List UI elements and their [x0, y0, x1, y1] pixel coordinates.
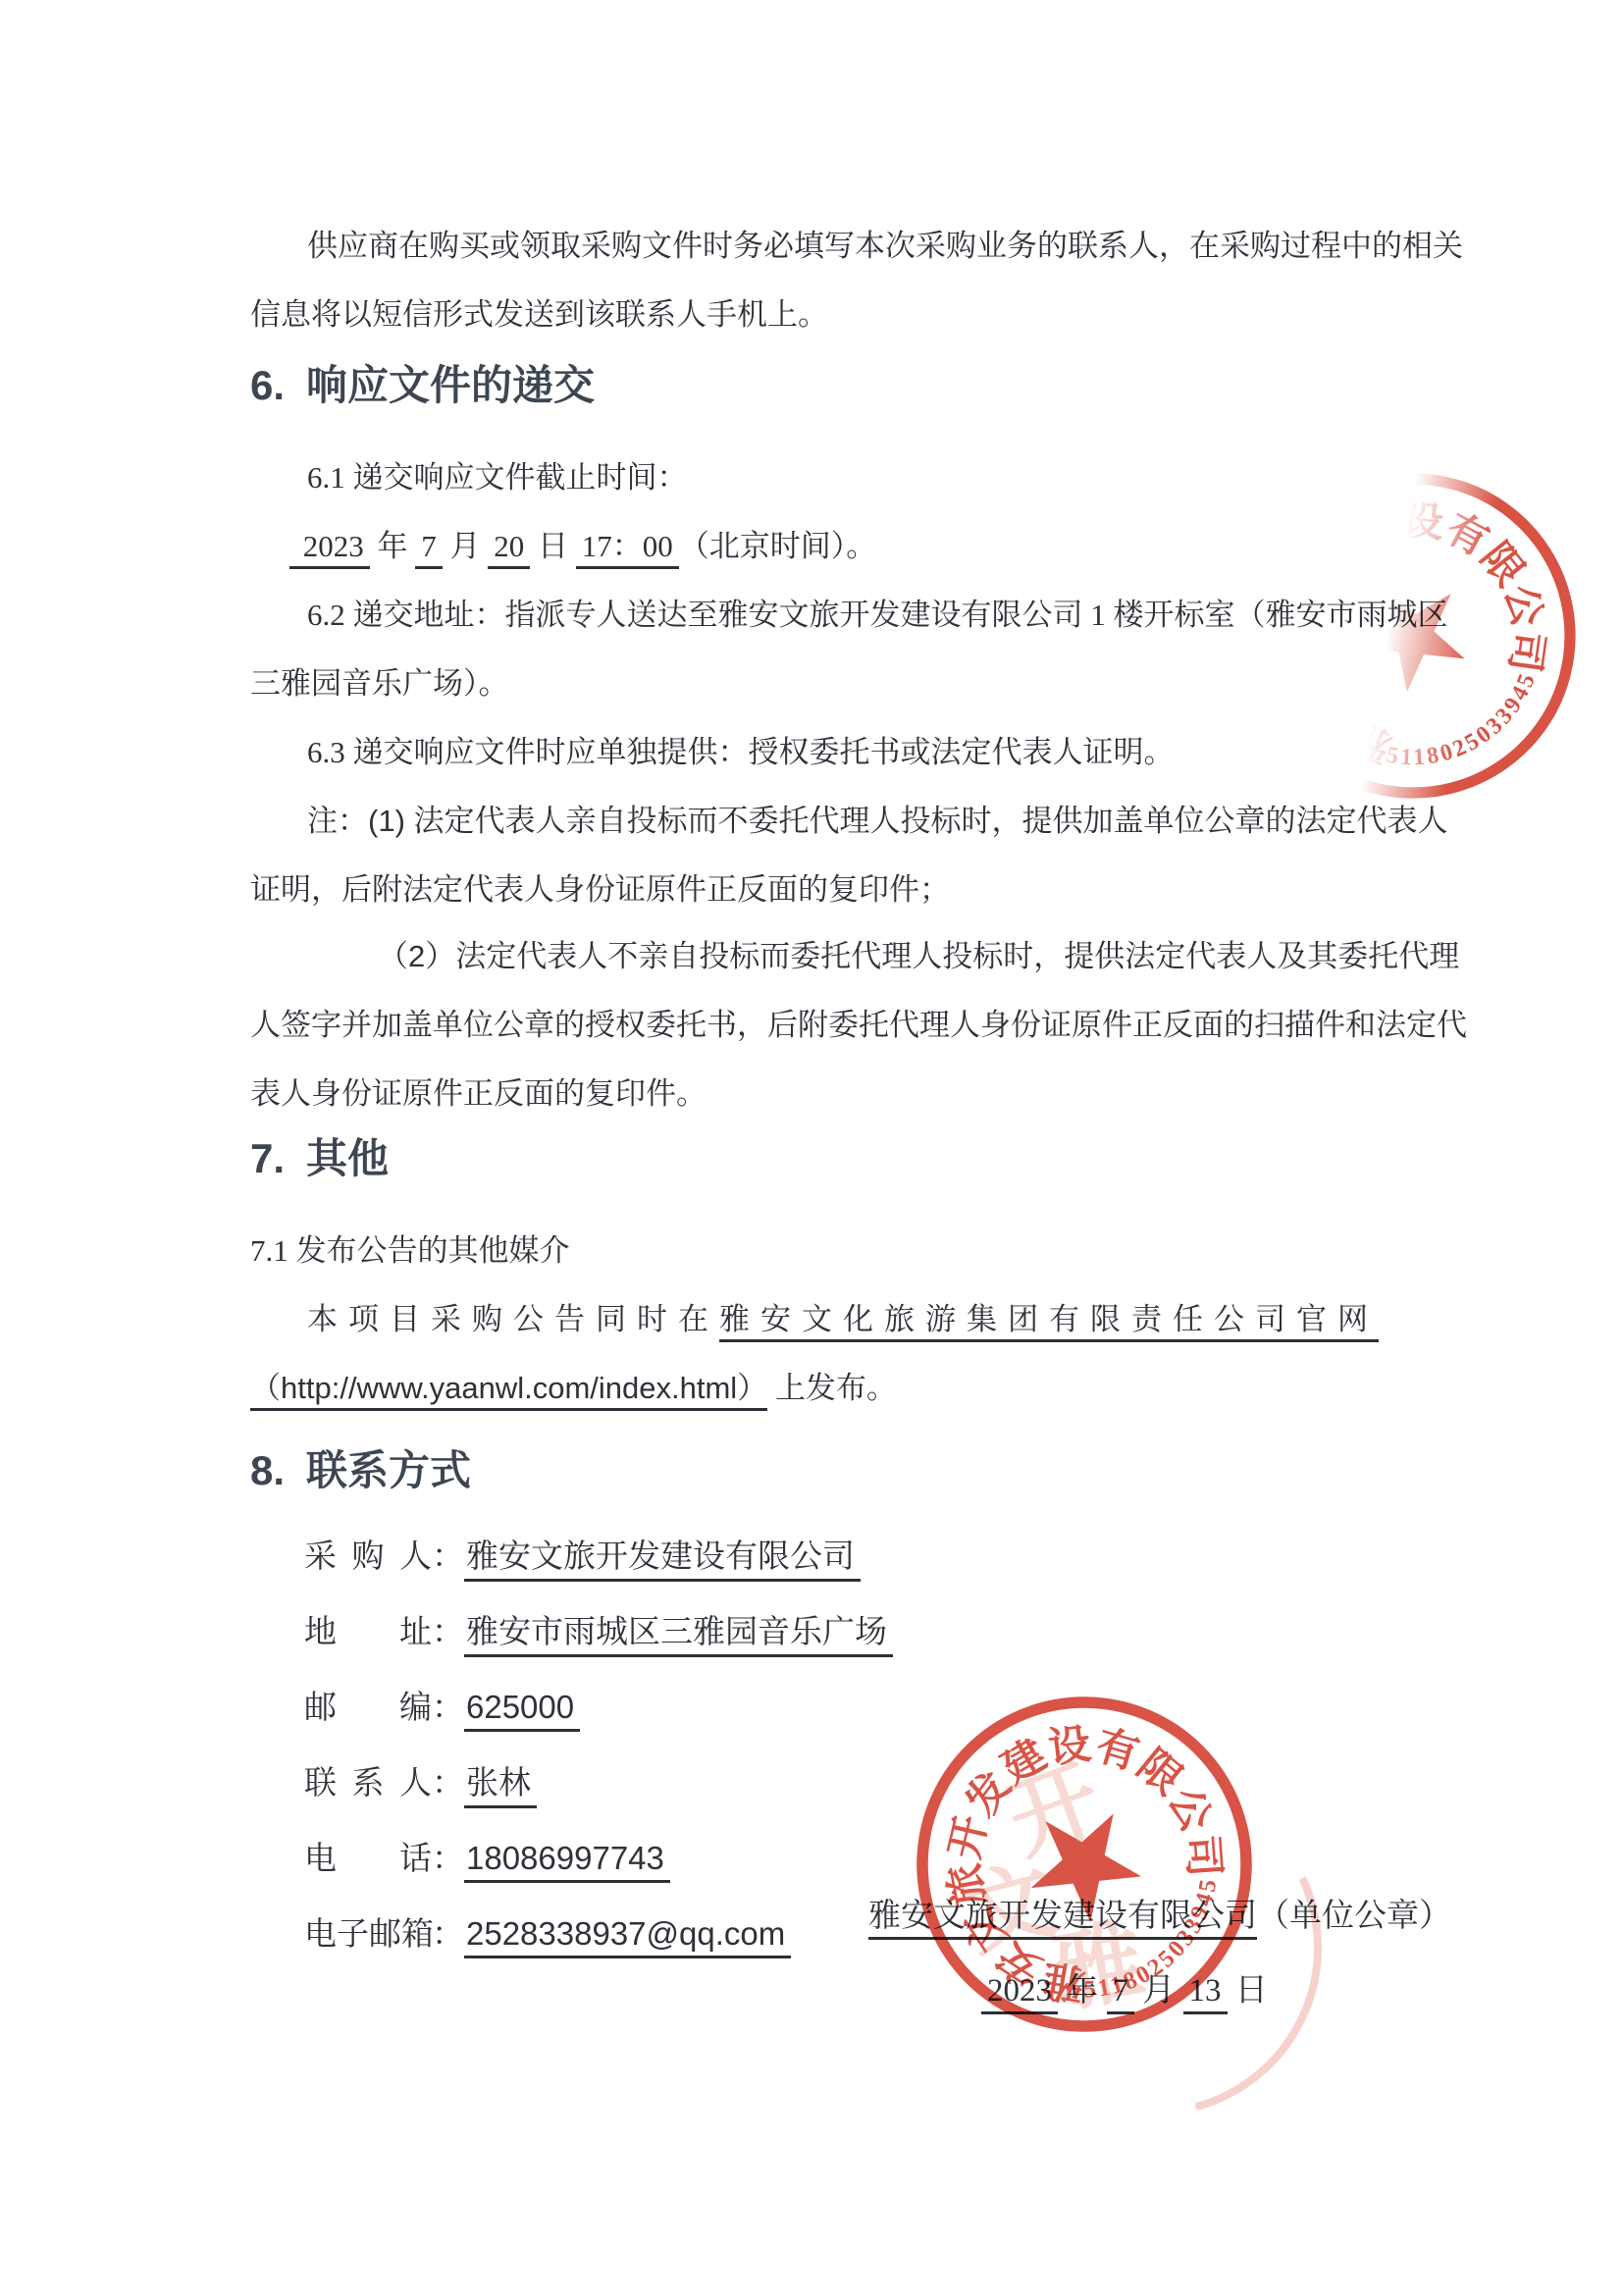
- section8-title: 联系方式: [306, 1447, 471, 1493]
- company-seal-partial-top-right: 雅安文旅开发建设有限公司5118025033945: [1227, 449, 1599, 822]
- deadline-month: 7: [415, 529, 443, 569]
- note2-line2: 人签字并加盖单位公章的授权委托书，后附委托代理人身份证原件正反面的扫描件和法定代: [250, 1007, 1467, 1043]
- svg-text:司: 司: [1501, 628, 1551, 675]
- contact-row-purchaser: 采购人：雅安文旅开发建设有限公司: [304, 1531, 861, 1577]
- deadline-time: 17：00: [576, 529, 679, 569]
- colon: ：: [432, 1766, 464, 1801]
- section7-heading: 7.其他: [250, 1126, 389, 1185]
- svg-text:文: 文: [1278, 651, 1335, 705]
- svg-text:开: 开: [996, 1748, 1114, 1872]
- document-page: { "document": { "intro": { "line1": "供应商…: [0, 0, 1623, 2296]
- phone-value[interactable]: 18086997743: [464, 1840, 670, 1883]
- section6-heading: 6.响应文件的递交: [250, 353, 595, 412]
- signature-date-day-unit: 日: [1228, 1973, 1268, 2009]
- section7-body-line2: （http://www.yaanwl.com/index.html） 上发布。: [250, 1370, 897, 1406]
- section8-number: 8.: [250, 1447, 285, 1493]
- colon: ：: [432, 1917, 464, 1953]
- section7-body-prefix: 本项目采购公告同时在: [307, 1302, 719, 1336]
- contact-row-zipcode: 邮编：625000: [304, 1682, 580, 1728]
- official-site-name: 雅安文化旅游集团有限责任公司官网: [719, 1302, 1379, 1342]
- contact-person-value: 张林: [464, 1766, 537, 1808]
- email-label: 电子邮箱: [304, 1908, 432, 1955]
- address-value: 雅安市雨城区三雅园音乐广场: [464, 1615, 893, 1657]
- signature-company: 雅安文旅开发建设有限公司: [868, 1899, 1257, 1940]
- colon: ：: [432, 1615, 464, 1650]
- svg-text:5118025033945: 5118025033945: [1375, 660, 1559, 798]
- company-seal-bottom: 雅安文旅开发建设有限公司5118025033945开文雅: [839, 1619, 1330, 2110]
- signature-date-month: 7: [1107, 1973, 1135, 2014]
- signature-date-year: 2023: [981, 1973, 1058, 2014]
- svg-text:建: 建: [1350, 499, 1403, 555]
- email-value[interactable]: 2528338937@qq.com: [464, 1915, 791, 1958]
- zipcode-value: 625000: [464, 1689, 580, 1732]
- contact-row-contact-person: 联系人：张林: [304, 1757, 537, 1803]
- colon: ：: [432, 1691, 464, 1726]
- signature-date-year-unit: 年: [1058, 1973, 1107, 2009]
- zipcode-label: 邮编: [304, 1682, 432, 1728]
- signature-date-day: 13: [1183, 1973, 1228, 2014]
- address-label: 地址: [304, 1606, 432, 1652]
- section8-heading: 8.联系方式: [250, 1438, 471, 1497]
- svg-text:建: 建: [994, 1731, 1054, 1793]
- deadline-day-unit: 日: [530, 529, 576, 563]
- intro-line-2: 信息将以短信形式发送到该联系人手机上。: [250, 296, 828, 333]
- svg-text:设: 设: [1400, 497, 1445, 546]
- deadline-year: 2023: [289, 529, 370, 569]
- item-6-3: 6.3 递交响应文件时应单独提供：授权委托书或法定代表人证明。: [307, 734, 1175, 770]
- deadline-day: 20: [488, 529, 530, 569]
- svg-text:雅: 雅: [1342, 713, 1397, 770]
- deadline-timezone: （北京时间）。: [679, 529, 877, 563]
- svg-text:公: 公: [1496, 580, 1550, 632]
- note1-line2: 证明，后附法定代表人身份证原件正反面的复印件；: [250, 871, 950, 908]
- deadline-month-unit: 月: [443, 529, 489, 563]
- signature-date: 2023 年 7 月 13 日: [981, 1964, 1268, 2010]
- colon: ：: [432, 1842, 464, 1877]
- svg-text:司: 司: [1178, 1834, 1227, 1879]
- svg-text:发: 发: [1307, 520, 1368, 581]
- item-6-2-line1: 6.2 递交地址：指派专人送达至雅安文旅开发建设有限公司 1 楼开标室（雅安市雨…: [307, 597, 1448, 633]
- purchaser-label: 采购人: [304, 1531, 432, 1577]
- contact-row-address: 地址：雅安市雨城区三雅园音乐广场: [304, 1606, 893, 1652]
- svg-text:安: 安: [1301, 686, 1362, 747]
- svg-text:限: 限: [1472, 535, 1533, 595]
- note2-line1: （2）法定代表人不亲自投标而委托代理人投标时，提供法定代表人及其委托代理: [378, 938, 1459, 974]
- note2-line3: 表人身份证原件正反面的复印件。: [250, 1075, 707, 1112]
- svg-text:开: 开: [942, 1811, 997, 1863]
- contact-person-label: 联系人: [304, 1757, 432, 1803]
- signature-note: （单位公章）: [1257, 1899, 1451, 1934]
- deadline-line: 2023 年 7 月 20 日 17：00（北京时间）。: [289, 528, 876, 564]
- svg-text:设: 设: [1046, 1720, 1094, 1772]
- section7-body-line1: 本项目采购公告同时在雅安文化旅游集团有限责任公司官网: [307, 1301, 1379, 1337]
- svg-text:限: 限: [1128, 1742, 1190, 1804]
- signature-date-month-unit: 月: [1134, 1973, 1183, 2009]
- section7-number: 7.: [250, 1135, 285, 1181]
- note1-line1: 注：(1) 法定代表人亲自投标而不委托代理人投标时，提供加盖单位公章的法定代表人: [307, 803, 1448, 839]
- purchaser-value: 雅安文旅开发建设有限公司: [464, 1539, 861, 1582]
- item-6-2-line2: 三雅园音乐广场）。: [250, 665, 509, 702]
- section7-title: 其他: [306, 1135, 389, 1181]
- contact-row-phone: 电话：18086997743: [304, 1833, 670, 1879]
- section6-number: 6.: [250, 362, 285, 408]
- section6-title: 响应文件的递交: [306, 362, 595, 408]
- deadline-year-unit: 年: [370, 529, 416, 563]
- signature-line: 雅安文旅开发建设有限公司（单位公章）: [868, 1890, 1451, 1936]
- intro-line-1: 供应商在购买或领取采购文件时务必填写本次采购业务的联系人，在采购过程中的相关: [307, 228, 1463, 264]
- section7-body-suffix: 上发布。: [767, 1371, 897, 1405]
- svg-text:发: 发: [958, 1763, 1021, 1825]
- contact-row-email: 电子邮箱：2528338937@qq.com: [304, 1908, 791, 1955]
- section7-subheading: 7.1 发布公告的其他媒介: [250, 1232, 570, 1269]
- svg-text:有: 有: [1439, 505, 1495, 564]
- svg-text:公: 公: [1159, 1781, 1219, 1840]
- svg-text:有: 有: [1090, 1722, 1144, 1779]
- phone-label: 电话: [304, 1833, 432, 1879]
- colon: ：: [432, 1539, 464, 1575]
- official-site-url[interactable]: （http://www.yaanwl.com/index.html）: [250, 1371, 767, 1411]
- item-6-1: 6.1 递交响应文件截止时间：: [307, 459, 688, 496]
